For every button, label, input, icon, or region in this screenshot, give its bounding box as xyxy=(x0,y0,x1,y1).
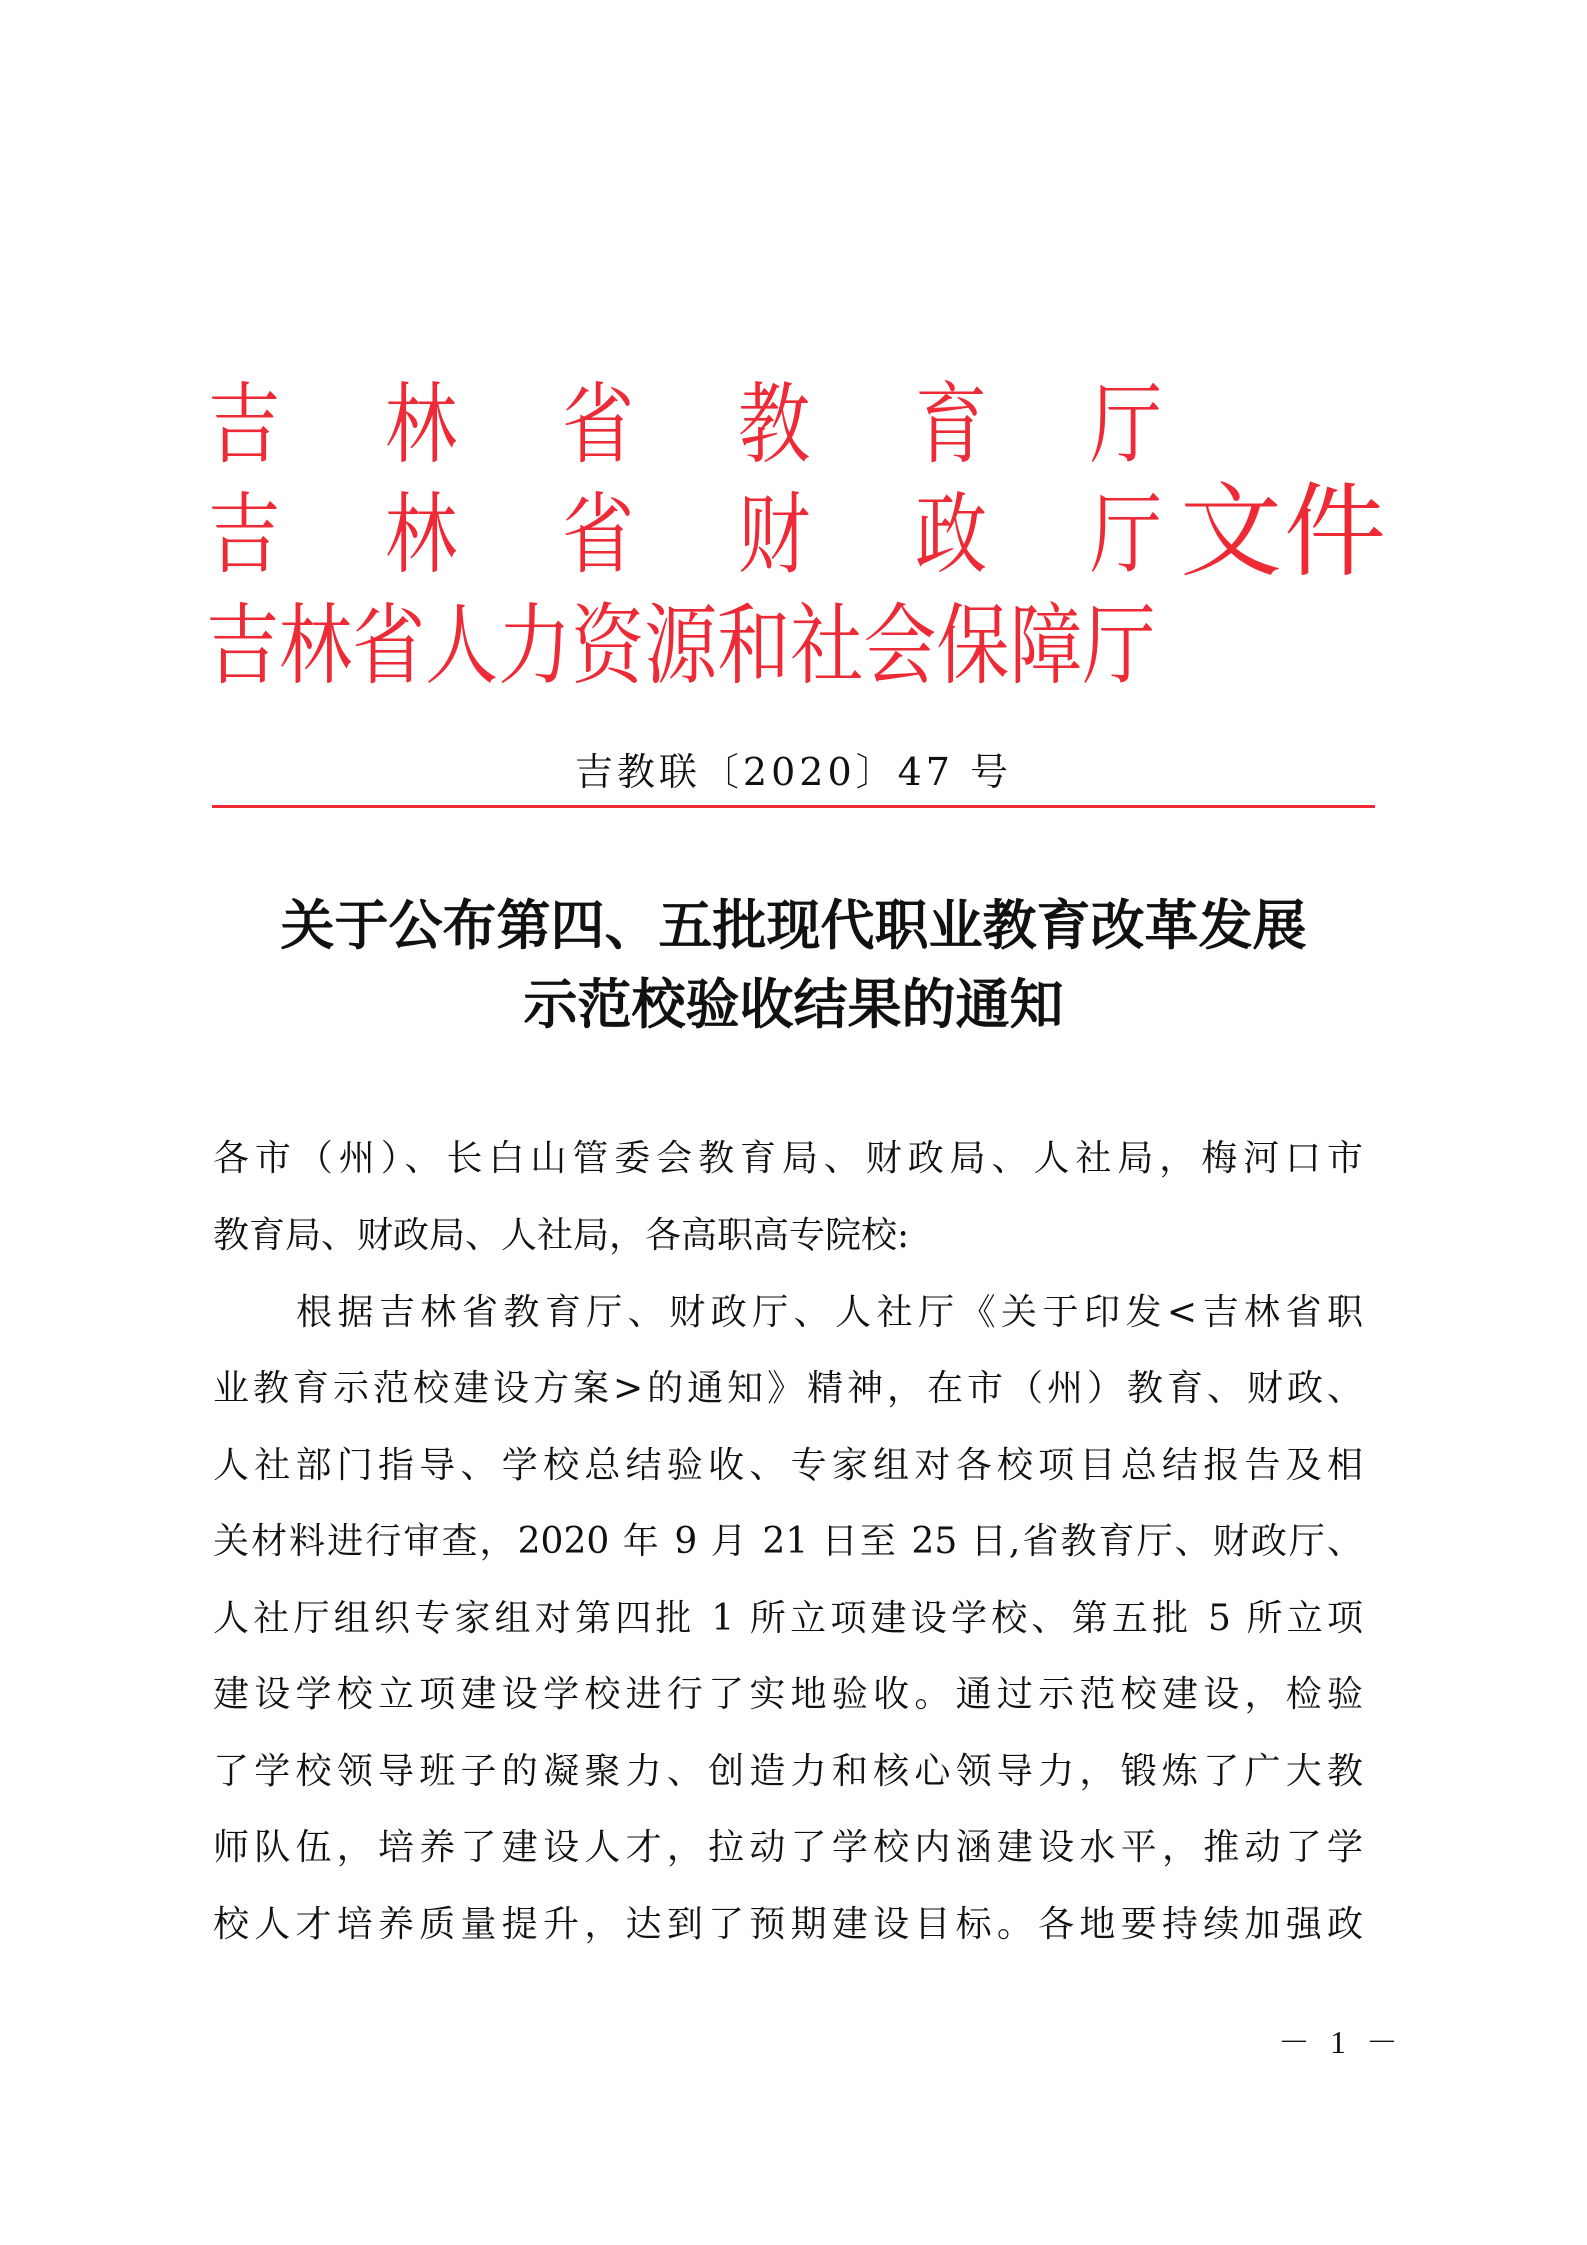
body-line: 师队伍，培养了建设人才，拉动了学校内涵建设水平，推动了学 xyxy=(213,1822,1363,1874)
letterhead-char: 省 xyxy=(562,380,634,470)
letterhead-char: 厅 xyxy=(1090,490,1162,580)
letterhead-char: 吉 xyxy=(208,380,280,470)
body-line: 人社部门指导、学校总结验收、专家组对各校项目总结报告及相 xyxy=(213,1440,1363,1492)
body-line: 建设学校立项建设学校进行了实地验收。通过示范校建设，检验 xyxy=(213,1669,1363,1721)
letterhead-char: 财 xyxy=(738,490,810,580)
page-number: － 1 － xyxy=(1278,2024,1378,2060)
letterhead-char: 林 xyxy=(385,380,457,470)
letterhead-char: 政 xyxy=(915,490,987,580)
body-line: 各市（州）、长白山管委会教育局、财政局、人社局，梅河口市 xyxy=(213,1133,1363,1185)
body-line: 关材料进行审查，2020 年 9 月 21 日至 25 日,省教育厅、财政厅、 xyxy=(213,1516,1363,1568)
document-title-line-2: 示范校验收结果的通知 xyxy=(0,972,1587,1036)
body-line: 业教育示范校建设方案>的通知》精神，在市（州）教育、财政、 xyxy=(213,1363,1363,1415)
letterhead-char: 吉 xyxy=(208,490,280,580)
letterhead-char: 省 xyxy=(562,490,634,580)
letterhead-row-hr-social-security-dept: 吉林省人力资源和社会保障厅 xyxy=(206,600,1156,692)
body-line: 根据吉林省教育厅、财政厅、人社厅《关于印发<吉林省职 xyxy=(296,1287,1363,1339)
letterhead-document-suffix: 文件 xyxy=(1180,470,1388,596)
body-line: 教育局、财政局、人社局，各高职高专院校: xyxy=(213,1210,1363,1262)
letterhead-char: 林 xyxy=(385,490,457,580)
letterhead-char: 育 xyxy=(915,380,987,470)
letterhead-char: 厅 xyxy=(1090,380,1162,470)
body-line: 校人才培养质量提升，达到了预期建设目标。各地要持续加强政 xyxy=(213,1899,1363,1951)
document-page: 吉 林 省 教 育 厅 吉 林 省 财 政 厅 吉林省人力资源和社会保障厅 文件… xyxy=(0,0,1587,2245)
red-separator-line xyxy=(212,805,1375,808)
body-line: 人社厅组织专家组对第四批 1 所立项建设学校、第五批 5 所立项 xyxy=(213,1593,1363,1645)
letterhead-char: 教 xyxy=(738,380,810,470)
document-number: 吉教联〔2020〕47 号 xyxy=(0,748,1587,796)
body-line: 了学校领导班子的凝聚力、创造力和核心领导力，锻炼了广大教 xyxy=(213,1746,1363,1798)
document-title-line-1: 关于公布第四、五批现代职业教育改革发展 xyxy=(0,893,1587,957)
